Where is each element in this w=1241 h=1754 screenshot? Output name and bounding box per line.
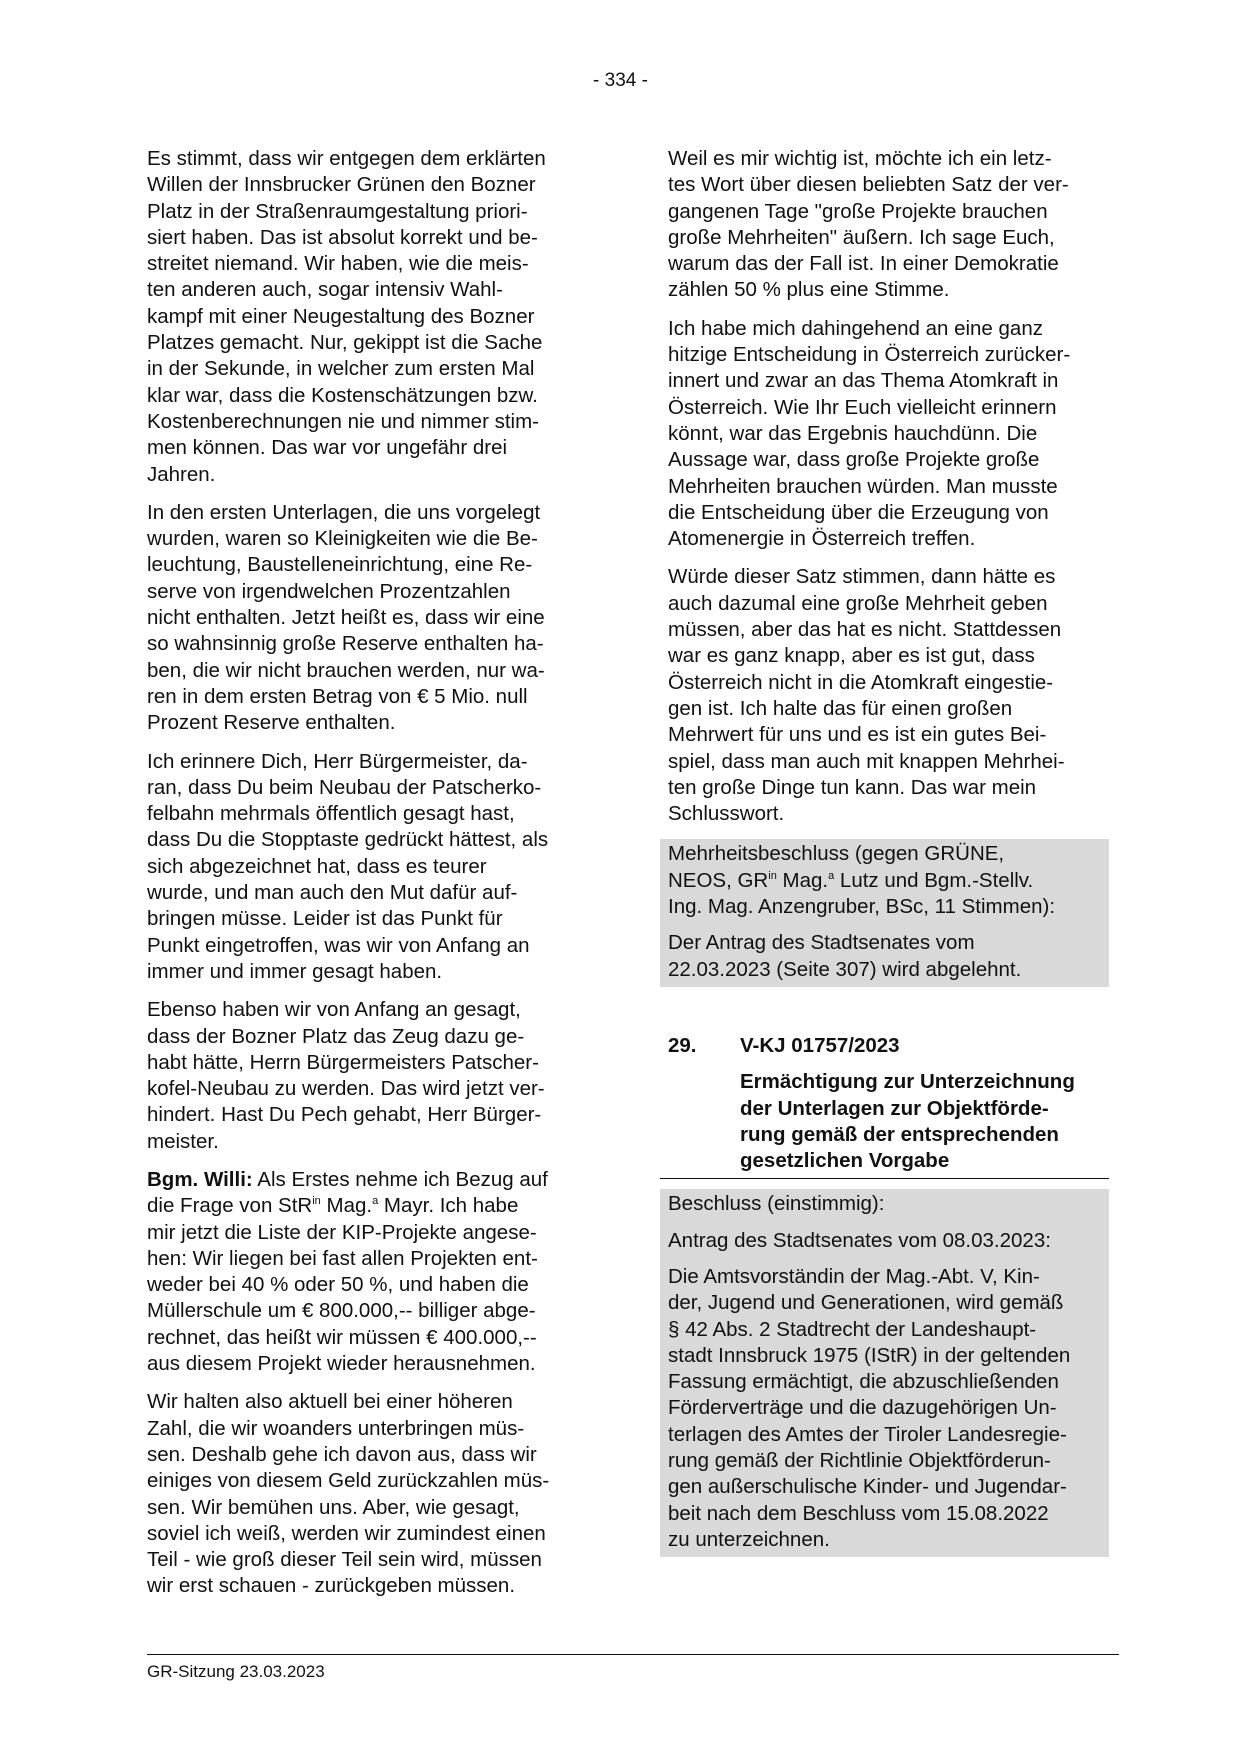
vote-text: Mag. — [777, 869, 828, 892]
paragraph: Ich habe mich dahingehend an eine ganz h… — [668, 316, 1118, 553]
paragraph: Ebenso haben wir von Anfang an gesagt, d… — [147, 997, 597, 1155]
speech-text: Mag. — [321, 1194, 372, 1217]
paragraph: Weil es mir wichtig ist, möchte ich ein … — [668, 146, 1118, 304]
resolution-result: Der Antrag des Stadtsenates vom 22.03.20… — [668, 930, 1101, 983]
paragraph: Es stimmt, dass wir entgegen dem erklärt… — [147, 146, 597, 488]
agenda-item: 29. V-KJ 01757/2023 Ermächtigung zur Unt… — [668, 1033, 1118, 1174]
vote-statement: Beschluss (einstimmig): — [668, 1191, 1101, 1217]
paragraph: Würde dieser Satz stimmen, dann hätte es… — [668, 564, 1118, 827]
resolution-body: Die Amtsvorständin der Mag.-Abt. V, Kin-… — [668, 1264, 1101, 1553]
speech-paragraph: Bgm. Willi: Als Erstes nehme ich Bezug a… — [147, 1167, 597, 1377]
heading-divider — [660, 1178, 1109, 1179]
footer-text: GR-Sitzung 23.03.2023 — [147, 1662, 325, 1682]
speech-text: Mayr. Ich habe mir jetzt die Liste der K… — [147, 1194, 538, 1375]
left-column: Es stimmt, dass wir entgegen dem erklärt… — [147, 146, 597, 1612]
resolution-box-2: Beschluss (einstimmig): Antrag des Stadt… — [660, 1189, 1109, 1557]
right-column: Weil es mir wichtig ist, möchte ich ein … — [668, 146, 1118, 1557]
speaker-name: Bgm. Willi: — [147, 1168, 253, 1191]
vote-statement: Mehrheitsbeschluss (gegen GRÜNE, NEOS, G… — [668, 841, 1101, 920]
paragraph: Ich erinnere Dich, Herr Bürgermeister, d… — [147, 749, 597, 986]
superscript: in — [768, 870, 777, 882]
agenda-number: 29. — [668, 1033, 740, 1059]
agenda-reference: V-KJ 01757/2023 — [740, 1033, 900, 1059]
page-number: - 334 - — [0, 70, 1241, 92]
motion-statement: Antrag des Stadtsenates vom 08.03.2023: — [668, 1228, 1101, 1254]
footer-divider — [147, 1654, 1119, 1655]
agenda-title: Ermächtigung zur Unterzeichnung der Unte… — [740, 1069, 1118, 1174]
paragraph: Wir halten also aktuell bei einer höhere… — [147, 1389, 597, 1599]
superscript: in — [312, 1195, 321, 1207]
paragraph: In den ersten Unterlagen, die uns vorgel… — [147, 500, 597, 737]
resolution-box-1: Mehrheitsbeschluss (gegen GRÜNE, NEOS, G… — [660, 839, 1109, 986]
